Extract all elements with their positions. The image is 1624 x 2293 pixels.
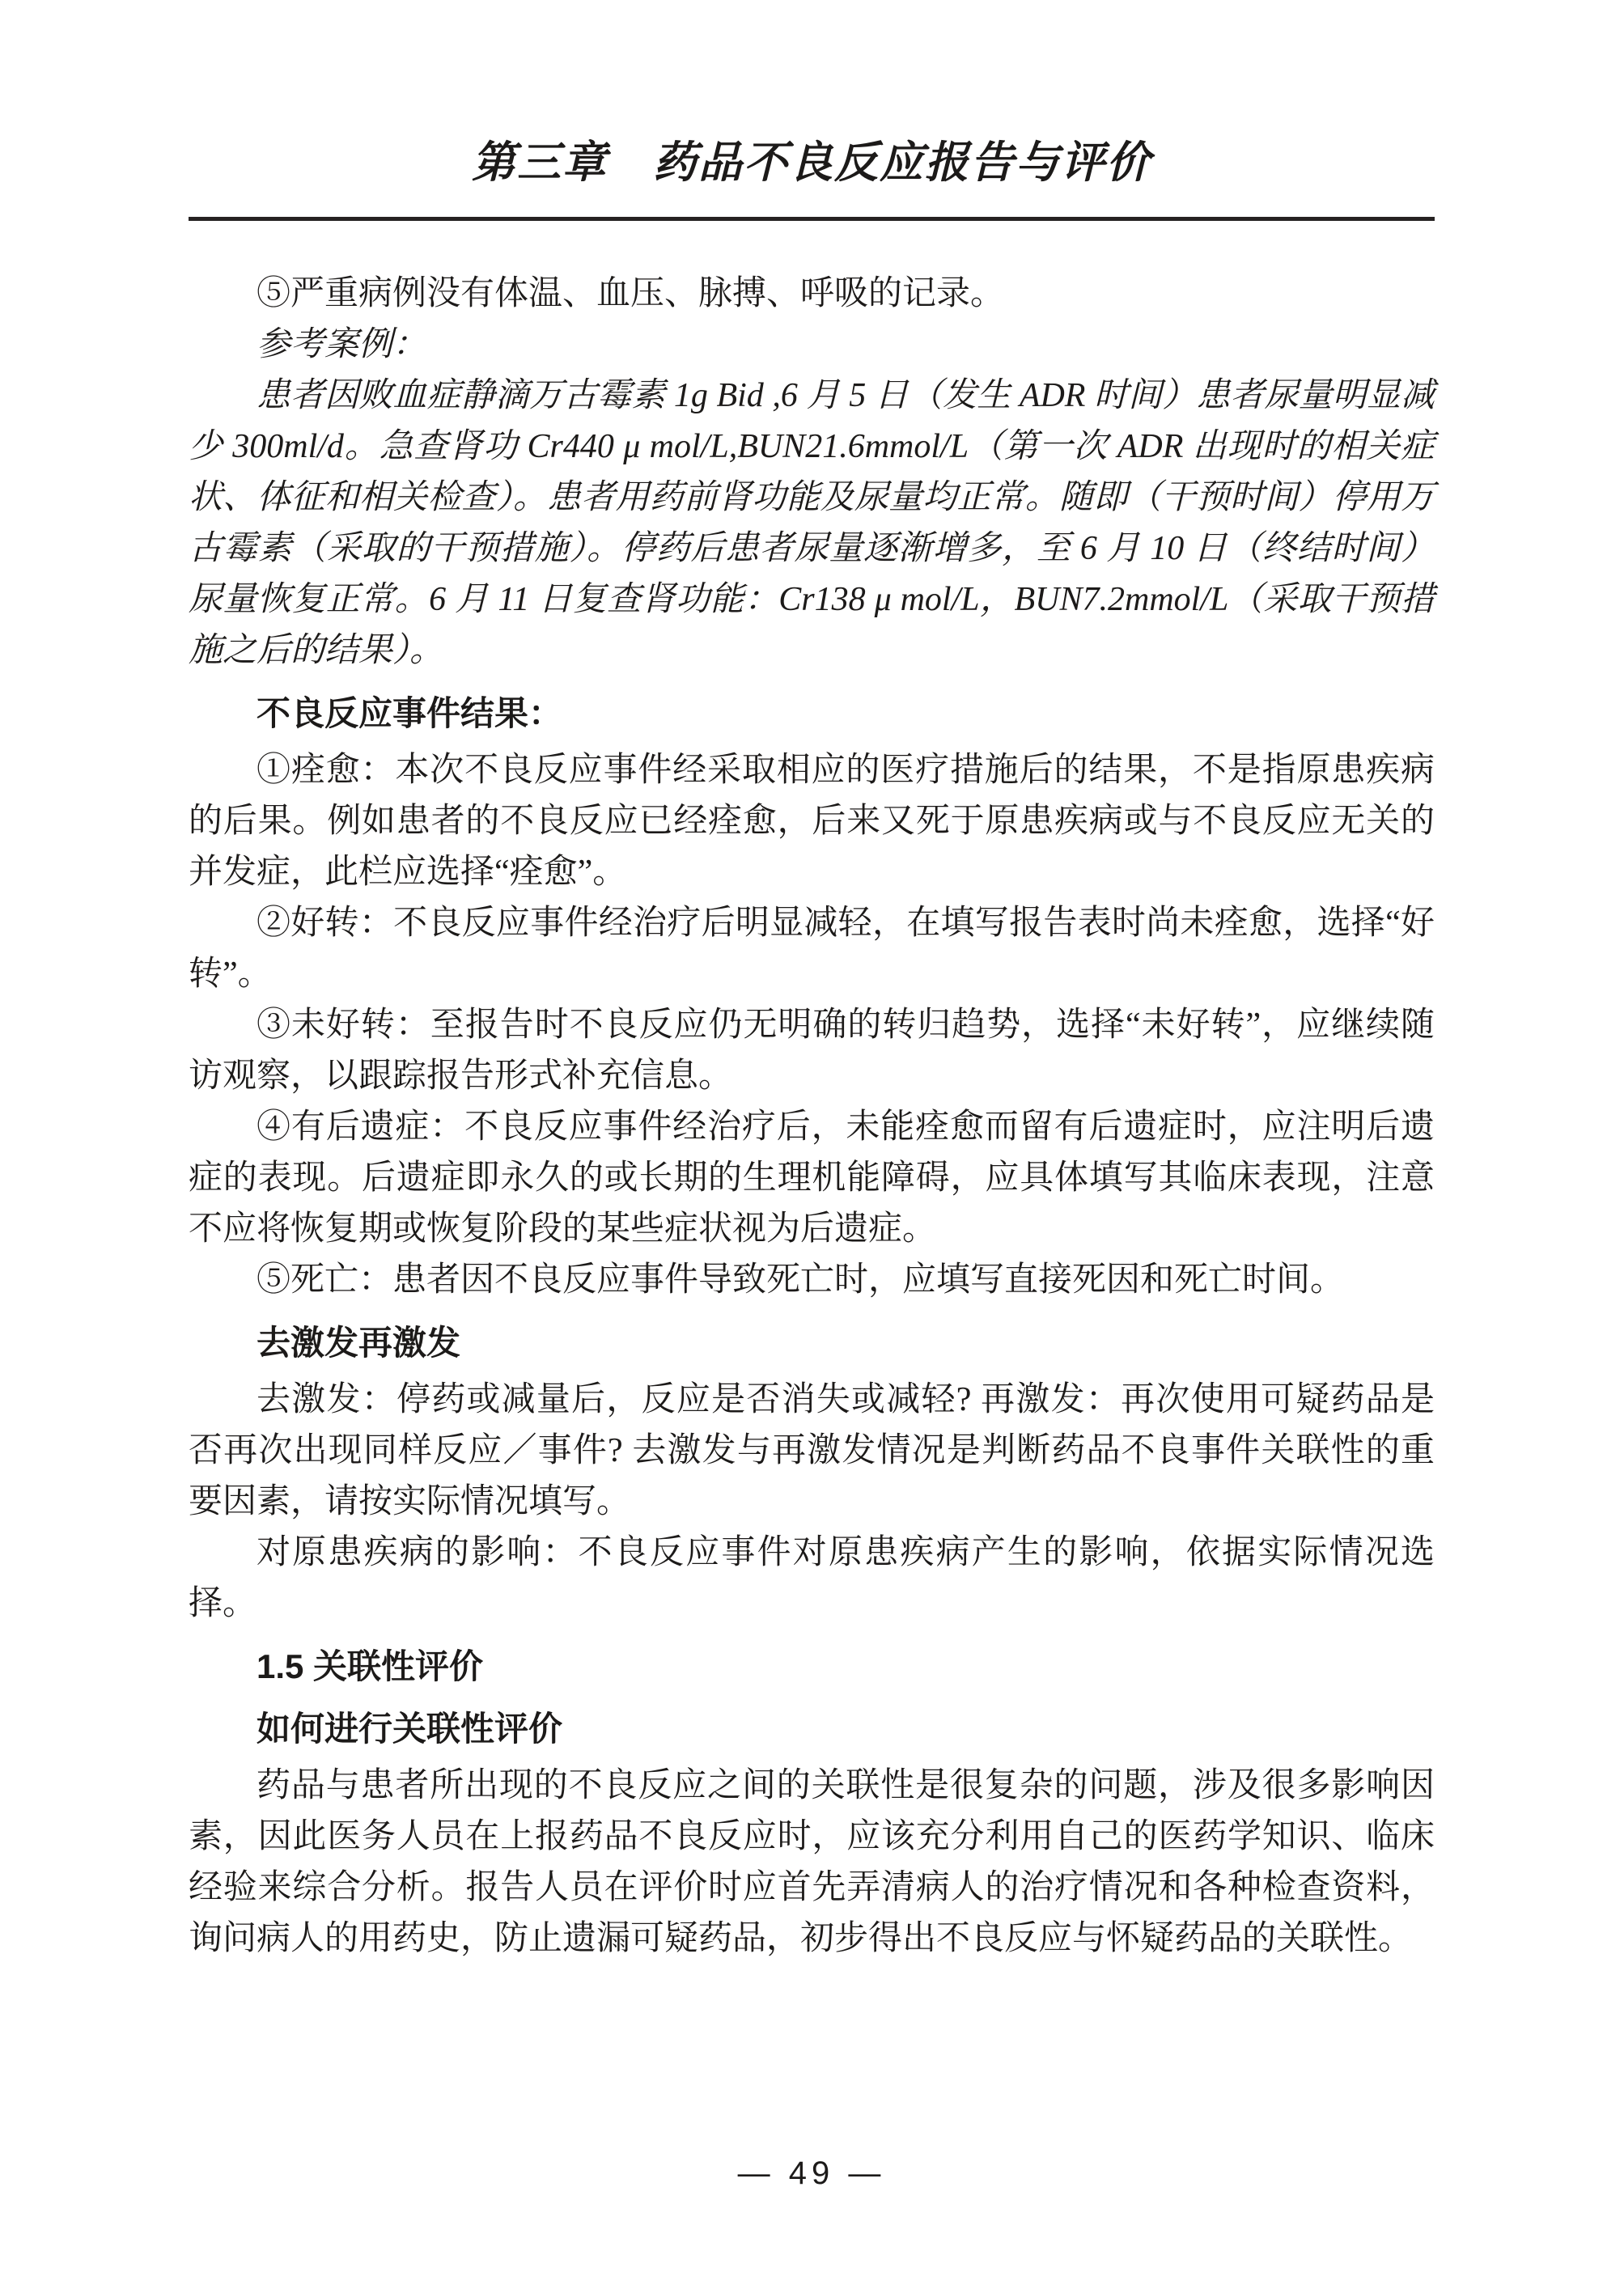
paragraph-outcome-not-improved: ③未好转：至报告时不良反应仍无明确的转归趋势，选择“未好转”，应继续随访观察，以… (189, 1000, 1435, 1102)
paragraph-item5-no-vitals: ⑤严重病例没有体温、血压、脉搏、呼吸的记录。 (189, 269, 1435, 320)
reference-case-label: 参考案例： (189, 320, 1435, 371)
paragraph-outcome-improved: ②好转：不良反应事件经治疗后明显减轻，在填写报告表时尚未痊愈，选择“好转”。 (189, 898, 1435, 1000)
body-text-block: ⑤严重病例没有体温、血压、脉搏、呼吸的记录。 参考案例： 患者因败血症静滴万古霉… (189, 269, 1435, 1965)
paragraph-outcome-recovered: ①痊愈：本次不良反应事件经采取相应的医疗措施后的结果，不是指原患疾病的后果。例如… (189, 745, 1435, 898)
paragraph-association-complexity: 药品与患者所出现的不良反应之间的关联性是很复杂的问题，涉及很多影响因素，因此医务… (189, 1761, 1435, 1965)
chapter-title: 第三章 药品不良反应报告与评价 (472, 136, 1151, 189)
case-description-paragraph: 患者因败血症静滴万古霉素 1g Bid ,6 月 5 日（发生 ADR 时间）患… (189, 371, 1435, 676)
heading-dechallenge-rechallenge: 去激发再激发 (189, 1317, 1435, 1368)
page-header: 第三章 药品不良反应报告与评价 (189, 136, 1435, 189)
paragraph-dechallenge-rechallenge: 去激发：停药或减量后，反应是否消失或减轻? 再激发：再次使用可疑药品是否再次出现… (189, 1375, 1435, 1528)
page-number: — 49 — (738, 2155, 886, 2191)
paragraph-outcome-sequelae: ④有后遗症：不良反应事件经治疗后，未能痊愈而留有后遗症时，应注明后遗症的表现。后… (189, 1102, 1435, 1255)
heading-adverse-event-outcome: 不良反应事件结果： (189, 688, 1435, 739)
paragraph-outcome-death: ⑤死亡：患者因不良反应事件导致死亡时，应填写直接死因和死亡时间。 (189, 1255, 1435, 1306)
paragraph-effect-on-original-disease: 对原患疾病的影响：不良反应事件对原患疾病产生的影响，依据实际情况选择。 (189, 1528, 1435, 1630)
document-page: 第三章 药品不良反应报告与评价 ⑤严重病例没有体温、血压、脉搏、呼吸的记录。 参… (0, 0, 1624, 2293)
heading-1-5-association-evaluation: 1.5 关联性评价 (189, 1641, 1435, 1692)
header-rule-divider (189, 217, 1435, 221)
page-footer: — 49 — (189, 2154, 1435, 2193)
heading-how-to-evaluate-association: 如何进行关联性评价 (189, 1703, 1435, 1754)
